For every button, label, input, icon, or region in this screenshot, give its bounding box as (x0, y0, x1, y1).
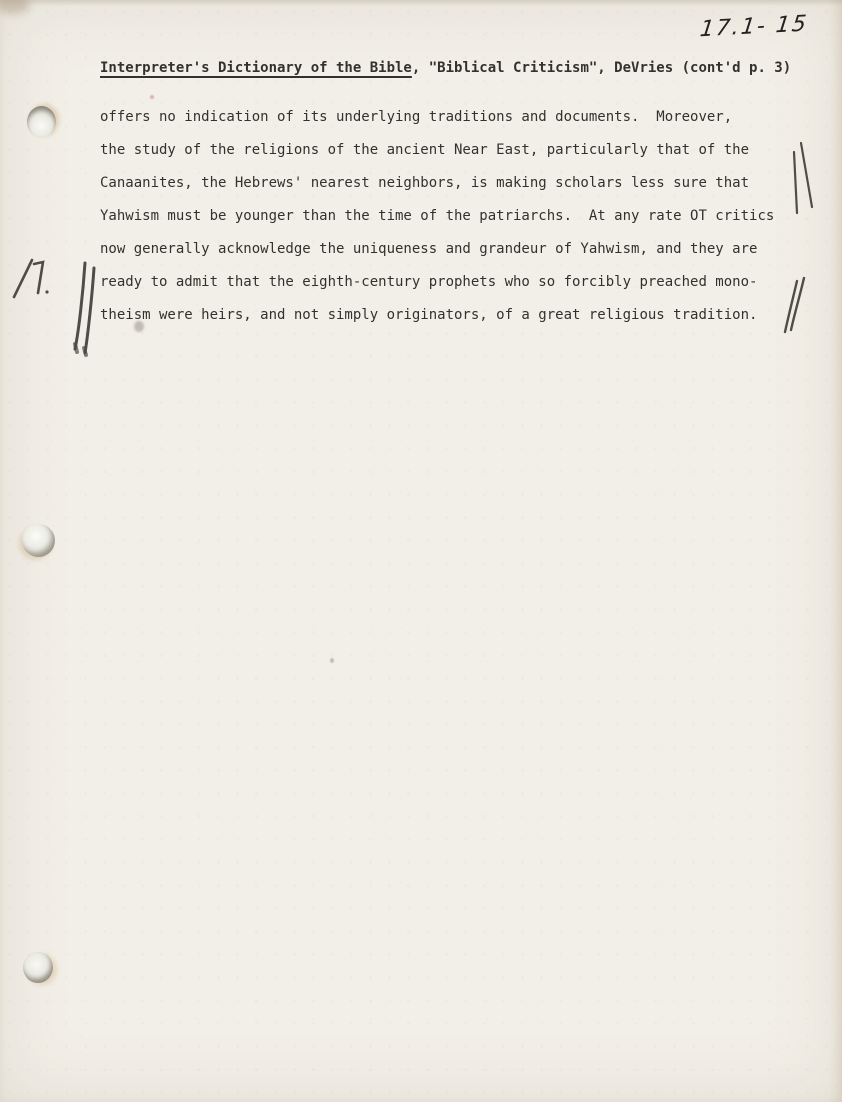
handwritten-number-mark-icon (14, 260, 49, 297)
document-title-rest: , "Biblical Criticism", DeVries (cont'd … (412, 60, 791, 76)
typed-line: offers no indication of its underlying t… (100, 101, 810, 134)
paper-speck (150, 95, 154, 99)
document-title: Interpreter's Dictionary of the Bible, "… (100, 60, 791, 76)
handwritten-corner-note: 17.1- 15 (699, 11, 822, 42)
punch-hole-bottom (23, 952, 53, 983)
typed-line: Canaanites, the Hebrews' nearest neighbo… (100, 167, 810, 200)
typed-line: Yahwism must be younger than the time of… (100, 200, 810, 233)
typed-paragraph: offers no indication of its underlying t… (100, 101, 810, 332)
scan-edge-shadow-right (828, 0, 842, 1102)
double-vertical-lines-icon (75, 263, 94, 355)
scan-edge-shadow-top (0, 0, 842, 6)
punch-hole-middle (22, 524, 55, 557)
scanned-document-page: { "document": { "corner_note": "17.1- 15… (0, 0, 842, 1102)
typed-line: the study of the religions of the ancien… (100, 134, 810, 167)
document-title-underlined: Interpreter's Dictionary of the Bible (100, 60, 412, 76)
typed-line: ready to admit that the eighth-century p… (100, 266, 810, 299)
typed-line: theism were heirs, and not simply origin… (100, 299, 810, 332)
corner-smudge (0, 0, 30, 14)
typed-line: now generally acknowledge the uniqueness… (100, 233, 810, 266)
punch-hole-top (27, 106, 56, 138)
paper-speck (330, 658, 334, 663)
